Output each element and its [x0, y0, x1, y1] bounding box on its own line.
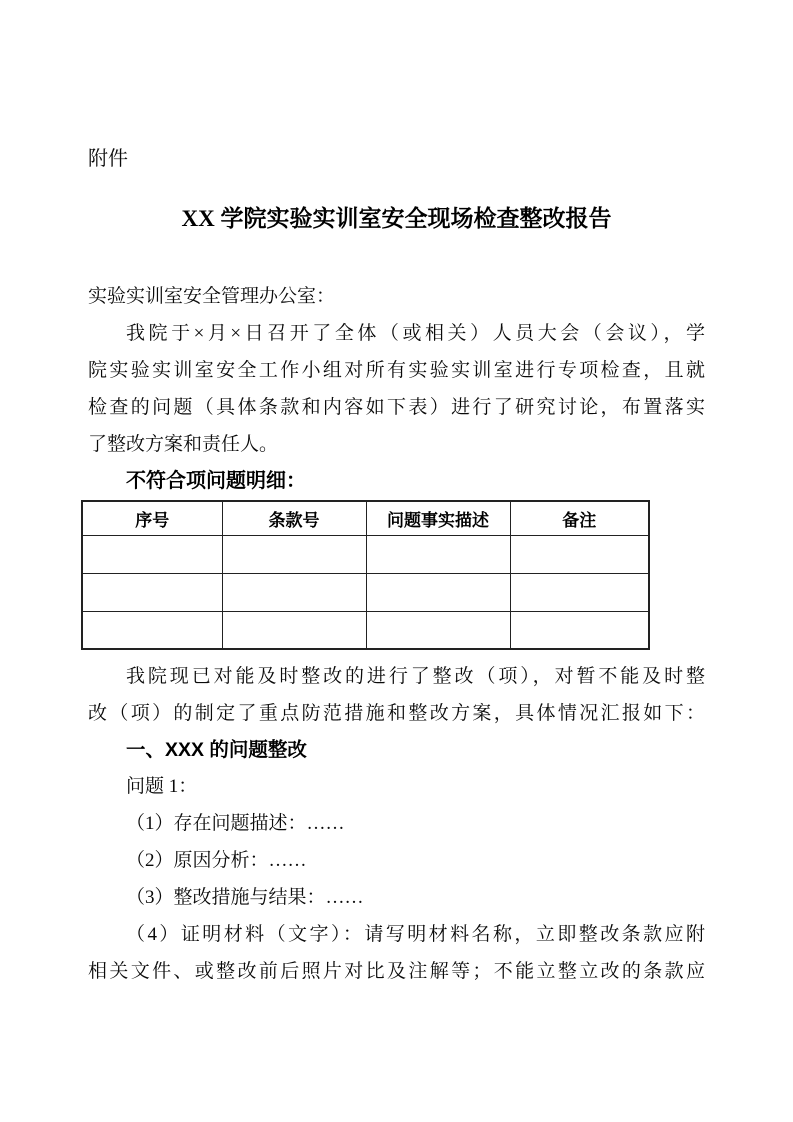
document-title: XX 学院实验实训室安全现场检查整改报告 [0, 200, 793, 237]
table-cell [510, 573, 649, 611]
table-cell [510, 611, 649, 649]
table-header-row: 序号 条款号 问题事实描述 备注 [82, 501, 649, 535]
table-cell [366, 573, 510, 611]
salutation-line: 实验实训室安全管理办公室： [88, 278, 705, 315]
problem-label-block: 问题 1： [88, 768, 705, 805]
intro-line: 检查的问题（具体条款和内容如下表）进行了研究讨论，布置落实 [88, 389, 705, 426]
list-item: （2）原因分析：…… [88, 842, 705, 879]
list-item: （3）整改措施与结果：…… [88, 879, 705, 916]
document-page: 附件 XX 学院实验实训室安全现场检查整改报告 实验实训室安全管理办公室： 我院… [0, 0, 793, 1122]
intro-line: 我院于×月×日召开了全体（或相关）人员大会（会议），学 [88, 315, 705, 352]
table-row [82, 573, 649, 611]
column-header-remarks: 备注 [510, 501, 649, 535]
table-cell [222, 573, 366, 611]
intro-line: 了整改方案和责任人。 [88, 426, 705, 463]
table-cell [366, 535, 510, 573]
summary-line: 改（项）的制定了重点防范措施和整改方案，具体情况汇报如下： [88, 695, 705, 732]
salutation-text: 实验实训室安全管理办公室： [88, 278, 705, 315]
intro-line: 院实验实训室安全工作小组对所有实验实训室进行专项检查，且就 [88, 352, 705, 389]
column-header-seq: 序号 [82, 501, 222, 535]
intro-paragraph: 我院于×月×日召开了全体（或相关）人员大会（会议），学 院实验实训室安全工作小组… [88, 315, 705, 463]
table-cell [510, 535, 649, 573]
table-cell [82, 611, 222, 649]
table-caption: 不符合项问题明细： [88, 463, 705, 500]
problem-label: 问题 1： [88, 768, 705, 805]
noncompliance-table: 序号 条款号 问题事实描述 备注 [81, 500, 650, 650]
table-cell [222, 535, 366, 573]
column-header-clause: 条款号 [222, 501, 366, 535]
attachment-label: 附件 [88, 145, 128, 173]
list-item: （1）存在问题描述：…… [88, 805, 705, 842]
table-cell [366, 611, 510, 649]
item4-line: 相关文件、或整改前后照片对比及注解等；不能立整立改的条款应 [88, 953, 705, 990]
item4-line: （4）证明材料（文字）：请写明材料名称，立即整改条款应附 [88, 916, 705, 953]
section-heading: 一、XXX 的问题整改 [88, 732, 705, 769]
table-cell [82, 573, 222, 611]
column-header-description: 问题事实描述 [366, 501, 510, 535]
summary-line: 我院现已对能及时整改的进行了整改（项），对暂不能及时整 [88, 658, 705, 695]
table-row [82, 611, 649, 649]
summary-paragraph: 我院现已对能及时整改的进行了整改（项），对暂不能及时整 改（项）的制定了重点防范… [88, 658, 705, 732]
table-row [82, 535, 649, 573]
item-list: （1）存在问题描述：…… （2）原因分析：…… （3）整改措施与结果：…… [88, 805, 705, 916]
item4-paragraph: （4）证明材料（文字）：请写明材料名称，立即整改条款应附 相关文件、或整改前后照… [88, 916, 705, 990]
table-cell [222, 611, 366, 649]
table-cell [82, 535, 222, 573]
